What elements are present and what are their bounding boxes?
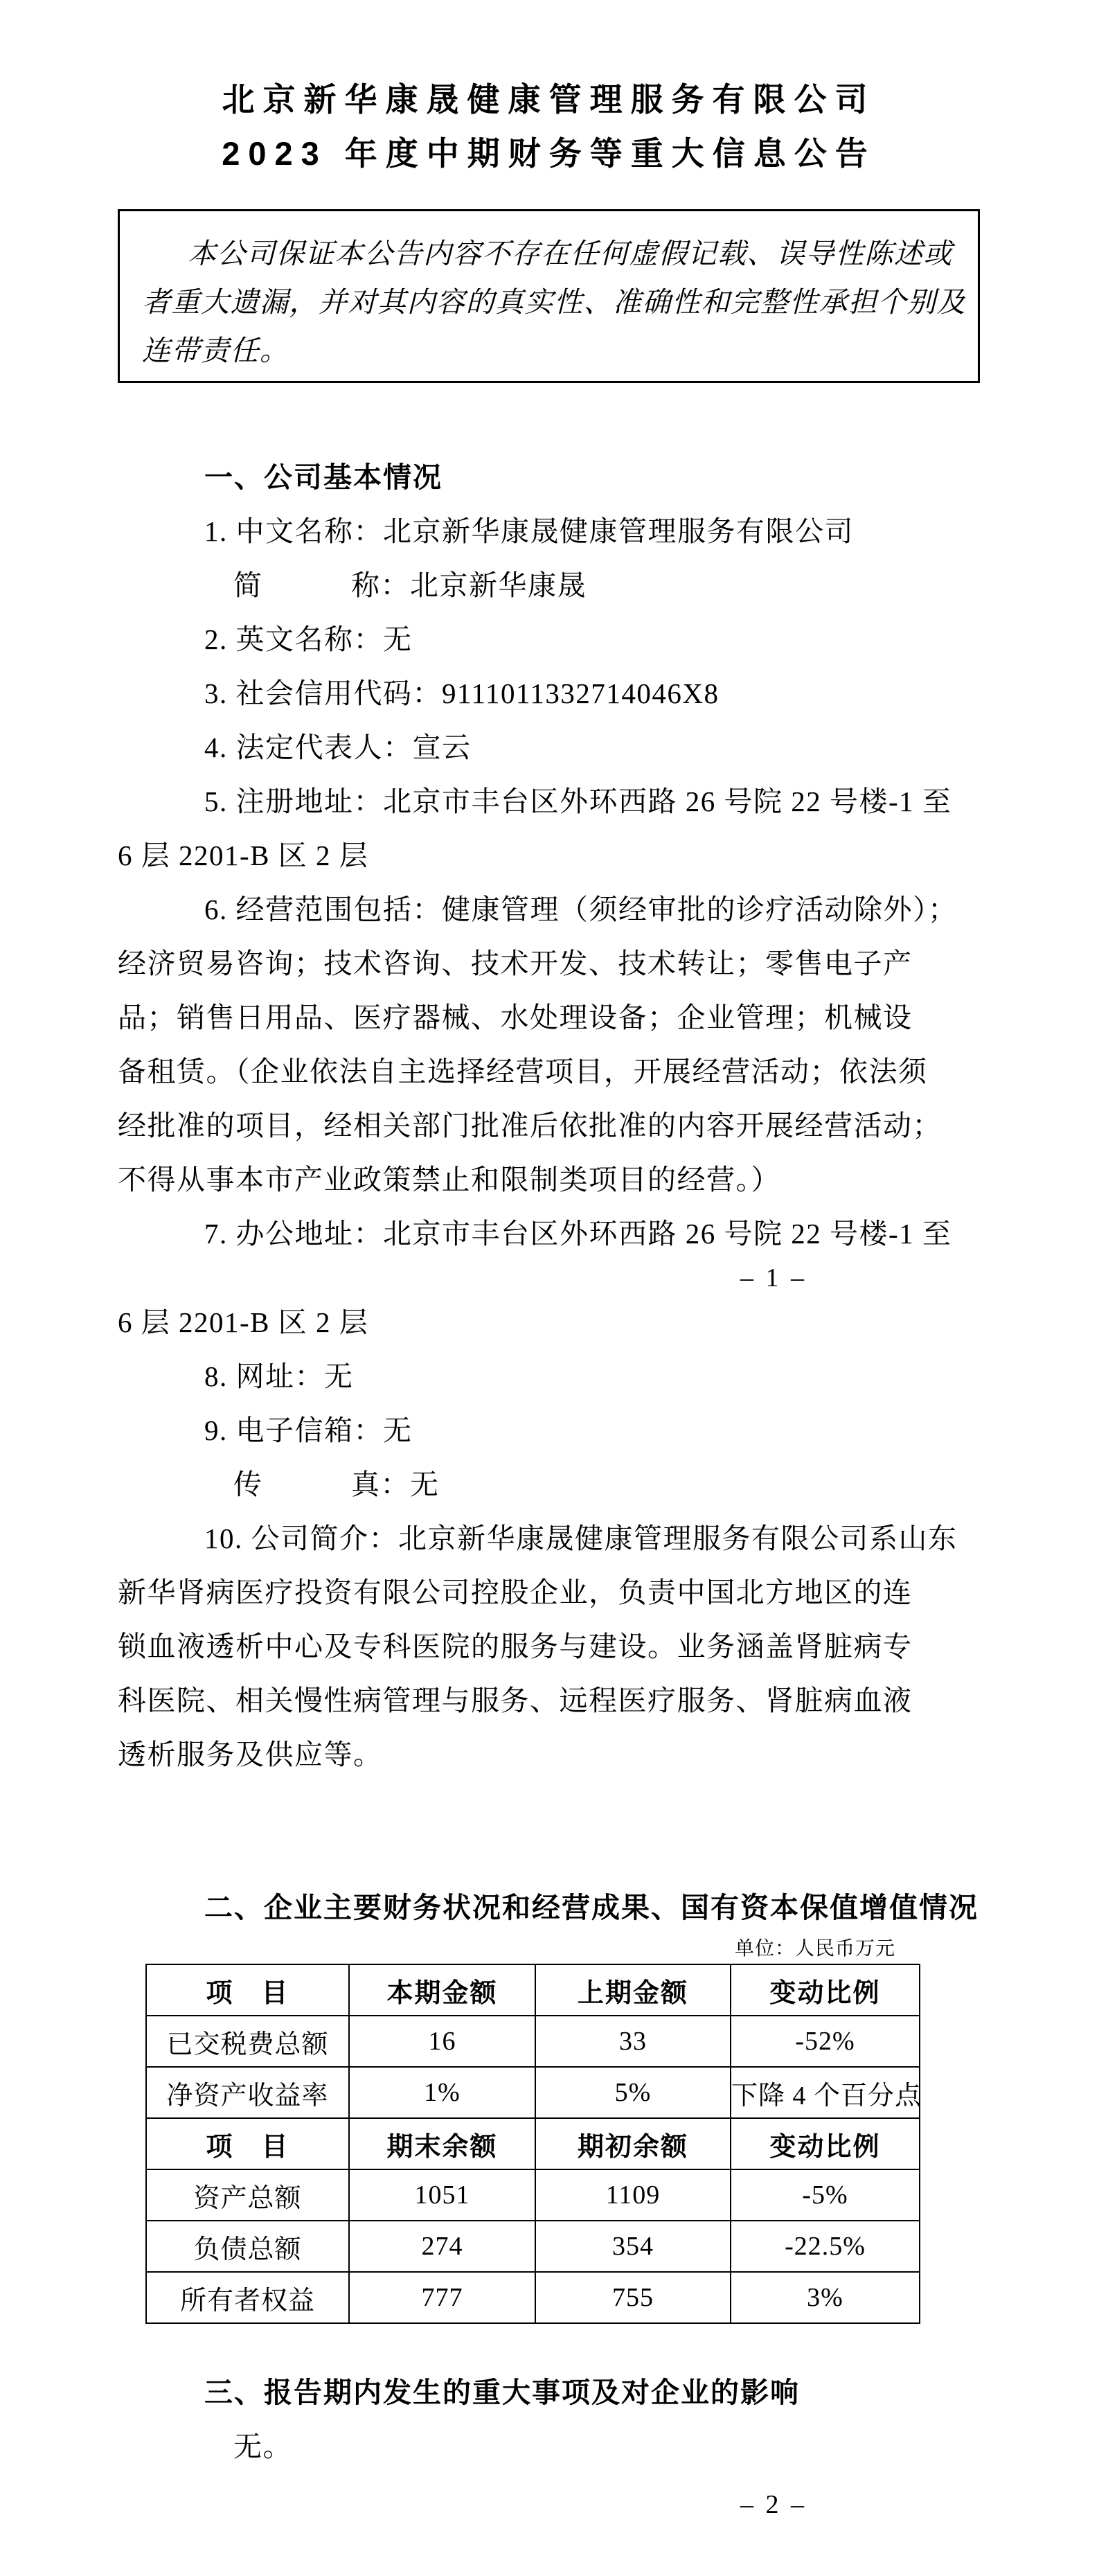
text-line: 简 称：北京新华康晟 [118, 558, 980, 612]
section2-heading: 二、企业主要财务状况和经营成果、国有资本保值增值情况 [118, 1881, 980, 1935]
notice-box: 本公司保证本公告内容不存在任何虚假记载、误导性陈述或者重大遗漏，并对其内容的真实… [118, 209, 980, 383]
table-cell: 项 目 [146, 2118, 349, 2169]
text-line: 6. 经营范围包括：健康管理（须经审批的诊疗活动除外）； [118, 882, 980, 936]
table-row: 所有者权益7777553% [146, 2272, 920, 2323]
table-cell: 期末余额 [349, 2118, 535, 2169]
text-line: 备租赁。（企业依法自主选择经营项目，开展经营活动；依法须 [118, 1045, 980, 1099]
table-cell: 33 [535, 2016, 731, 2067]
text-line: 科医院、相关慢性病管理与服务、远程医疗服务、肾脏病血液 [118, 1673, 980, 1727]
text-line: 8. 网址：无 [118, 1349, 980, 1403]
text-line: 品；销售日用品、医疗器械、水处理设备；企业管理；机械设 [118, 991, 980, 1045]
text-line: 新华肾病医疗投资有限公司控股企业，负责中国北方地区的连 [118, 1565, 980, 1619]
text-line: 透析服务及供应等。 [118, 1727, 980, 1782]
table-cell: 1% [349, 2067, 535, 2118]
table-cell: -22.5% [731, 2221, 920, 2272]
table-cell: 3% [731, 2272, 920, 2323]
text-line: 1. 中文名称：北京新华康晟健康管理服务有限公司 [118, 504, 980, 558]
text-line: 7. 办公地址：北京市丰台区外环西路 26 号院 22 号楼-1 至 [118, 1207, 980, 1261]
text-line: 传 真：无 [118, 1457, 980, 1511]
table-cell: 变动比例 [731, 1964, 920, 2016]
table-row: 资产总额10511109-5% [146, 2169, 920, 2221]
table-cell: 期初余额 [535, 2118, 731, 2169]
table-cell: 资产总额 [146, 2169, 349, 2221]
table-cell: 项 目 [146, 1964, 349, 2016]
section3-body: 无。 [118, 2419, 980, 2473]
text-line: 10. 公司简介：北京新华康晟健康管理服务有限公司系山东 [118, 1511, 980, 1565]
table-row: 负债总额274354-22.5% [146, 2221, 920, 2272]
text-line: 无。 [118, 2419, 980, 2473]
text-line: 锁血液透析中心及专科医院的服务与建设。业务涵盖肾脏病专 [118, 1619, 980, 1673]
page-number-1: – 1 – [118, 1261, 980, 1295]
table-cell: 本期金额 [349, 1964, 535, 2016]
text-line: 3. 社会信用代码：9111011332714046X8 [118, 666, 980, 720]
text-line: 者重大遗漏，并对其内容的真实性、准确性和完整性承担个别及 [142, 278, 957, 326]
text-line: 本公司保证本公告内容不存在任何虚假记载、误导性陈述或 [142, 229, 957, 278]
table-cell: 777 [349, 2272, 535, 2323]
table-cell: 16 [349, 2016, 535, 2067]
table-cell: 274 [349, 2221, 535, 2272]
page-number-2: – 2 – [118, 2487, 980, 2522]
table-cell: 1109 [535, 2169, 731, 2221]
section-heading-line: 一、公司基本情况 [118, 450, 980, 504]
text-line: 5. 注册地址：北京市丰台区外环西路 26 号院 22 号楼-1 至 [118, 774, 980, 828]
table-cell: -52% [731, 2016, 920, 2067]
text-line: 不得从事本市产业政策禁止和限制类项目的经营。） [118, 1153, 980, 1207]
table-header-row: 项 目期末余额期初余额变动比例 [146, 2118, 920, 2169]
table-cell: 净资产收益率 [146, 2067, 349, 2118]
table-cell: 下降 4 个百分点 [731, 2067, 920, 2118]
company-basic-info-continued: 6 层 2201-B 区 2 层8. 网址：无9. 电子信箱：无传 真：无10.… [118, 1295, 980, 1782]
table-cell: -5% [731, 2169, 920, 2221]
table-header-row: 项 目本期金额上期金额变动比例 [146, 1964, 920, 2016]
text-line: 6 层 2201-B 区 2 层 [118, 828, 980, 882]
text-line: 6 层 2201-B 区 2 层 [118, 1295, 980, 1349]
document-page: 北京新华康晟健康管理服务有限公司 2023 年度中期财务等重大信息公告 本公司保… [0, 0, 1099, 2576]
table-cell: 变动比例 [731, 2118, 920, 2169]
table-cell: 354 [535, 2221, 731, 2272]
doc-title-line1: 北京新华康晟健康管理服务有限公司 [118, 73, 980, 127]
text-line: 经批准的项目，经相关部门批准后依批准的内容开展经营活动； [118, 1099, 980, 1153]
notice-text: 本公司保证本公告内容不存在任何虚假记载、误导性陈述或者重大遗漏，并对其内容的真实… [142, 229, 957, 375]
table-cell: 1051 [349, 2169, 535, 2221]
text-line: 4. 法定代表人：宣云 [118, 720, 980, 774]
table-cell: 已交税费总额 [146, 2016, 349, 2067]
text-line: 连带责任。 [142, 326, 957, 375]
table-unit-note: 单位：人民币万元 [118, 1935, 980, 1964]
table-cell: 755 [535, 2272, 731, 2323]
section3-heading: 三、报告期内发生的重大事项及对企业的影响 [118, 2365, 980, 2419]
company-basic-info-section: 一、公司基本情况1. 中文名称：北京新华康晟健康管理服务有限公司简 称：北京新华… [118, 450, 980, 1261]
table-row: 已交税费总额1633-52% [146, 2016, 920, 2067]
financial-table: 项 目本期金额上期金额变动比例已交税费总额1633-52%净资产收益率1%5%下… [145, 1964, 920, 2324]
table-cell: 上期金额 [535, 1964, 731, 2016]
text-line: 经济贸易咨询；技术咨询、技术开发、技术转让；零售电子产 [118, 936, 980, 991]
table-cell: 5% [535, 2067, 731, 2118]
text-line: 2. 英文名称：无 [118, 612, 980, 666]
table-row: 净资产收益率1%5%下降 4 个百分点 [146, 2067, 920, 2118]
doc-title-line2: 2023 年度中期财务等重大信息公告 [118, 127, 980, 181]
table-cell: 所有者权益 [146, 2272, 349, 2323]
text-line: 9. 电子信箱：无 [118, 1403, 980, 1457]
financial-table-body: 项 目本期金额上期金额变动比例已交税费总额1633-52%净资产收益率1%5%下… [146, 1964, 920, 2323]
table-cell: 负债总额 [146, 2221, 349, 2272]
